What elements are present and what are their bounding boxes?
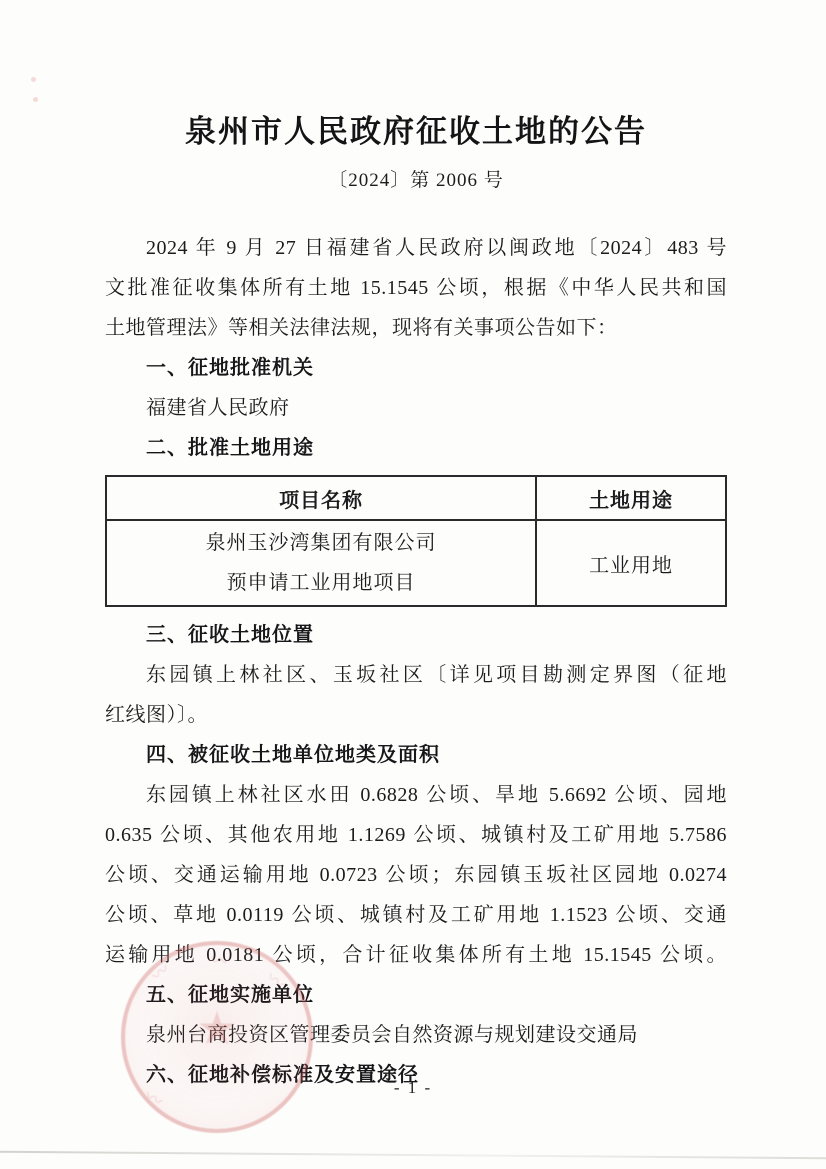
section-1-heading: 一、征地批准机关 [105,348,727,388]
table-header-row: 项目名称 土地用途 [106,476,726,520]
section-4-line-4: 公顷、草地 0.0119 公顷、城镇村及工矿用地 1.1523 公顷、交通 [105,895,727,935]
scan-speck-artifact [33,97,38,102]
section-2-heading: 二、批准土地用途 [105,428,727,468]
section-4-line-3: 公顷、交通运输用地 0.0723 公顷；东园镇玉坂社区园地 0.0274 [105,855,727,895]
section-1-body: 福建省人民政府 [105,388,727,428]
project-name-line-1: 泉州玉沙湾集团有限公司 [107,523,535,563]
section-5-heading: 五、征地实施单位 [105,975,727,1015]
intro-paragraph-line-2: 文批准征收集体所有土地 15.1545 公顷，根据《中华人民共和国 [105,268,727,308]
scan-edge-artifact [0,1151,826,1160]
table-header-land-use: 土地用途 [536,476,726,520]
document-body: 泉州市人民政府征收土地的公告 〔2024〕第 2006 号 2024 年 9 月… [105,0,727,1095]
table-cell-project-name: 泉州玉沙湾集团有限公司 预申请工业用地项目 [106,520,536,606]
section-3-line-1: 东园镇上林社区、玉坂社区〔详见项目勘测定界图（征地 [105,655,727,695]
section-5-body: 泉州台商投资区管理委员会自然资源与规划建设交通局 [105,1015,727,1055]
intro-paragraph-line-1: 2024 年 9 月 27 日福建省人民政府以闽政地〔2024〕483 号 [105,228,727,268]
table-header-project-name: 项目名称 [106,476,536,520]
scan-speck-artifact [31,77,36,82]
page-number: - 1 - [0,1078,826,1098]
section-3-line-2: 红线图）〕。 [105,695,727,735]
intro-paragraph-line-3: 土地管理法》等相关法律法规，现将有关事项公告如下： [105,308,727,348]
section-4-heading: 四、被征收土地单位地类及面积 [105,735,727,775]
section-4-line-1: 东园镇上林社区水田 0.6828 公顷、旱地 5.6692 公顷、园地 [105,775,727,815]
section-4-line-2: 0.635 公顷、其他农用地 1.1269 公顷、城镇村及工矿用地 5.7586 [105,815,727,855]
section-4-line-5: 运输用地 0.0181 公顷，合计征收集体所有土地 15.1545 公顷。 [105,935,727,975]
approved-land-use-table: 项目名称 土地用途 泉州玉沙湾集团有限公司 预申请工业用地项目 工业用地 [105,475,727,607]
scanned-document-page: 泉州市人民政府征收土地的公告 〔2024〕第 2006 号 2024 年 9 月… [0,0,826,1169]
table-row: 泉州玉沙湾集团有限公司 预申请工业用地项目 工业用地 [106,520,726,606]
project-name-line-2: 预申请工业用地项目 [107,563,535,603]
document-number: 〔2024〕第 2006 号 [105,168,727,194]
table-cell-land-use: 工业用地 [536,520,726,606]
document-title: 泉州市人民政府征收土地的公告 [105,112,727,152]
section-3-heading: 三、征收土地位置 [105,615,727,655]
